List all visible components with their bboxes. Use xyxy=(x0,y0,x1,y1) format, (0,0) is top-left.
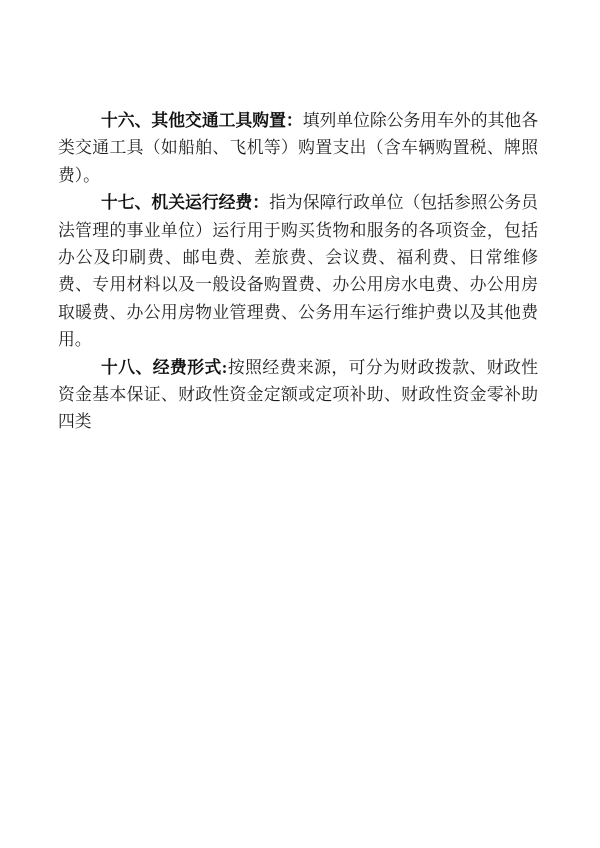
term-heading-18: 十八、经费形式: xyxy=(101,358,227,377)
document-page: 十六、其他交通工具购置：填列单位除公务用车外的其他各类交通工具（如船舶、飞机等）… xyxy=(58,107,538,436)
term-heading-17: 十七、机关运行经费： xyxy=(101,193,269,212)
definition-paragraph-17: 十七、机关运行经费：指为保障行政单位（包括参照公务员法管理的事业单位）运行用于购… xyxy=(58,189,538,353)
definition-paragraph-18: 十八、经费形式:按照经费来源，可分为财政拨款、财政性资金基本保证、财政性资金定额… xyxy=(58,354,538,436)
term-heading-16: 十六、其他交通工具购置： xyxy=(101,111,303,130)
definition-text-17: 指为保障行政单位（包括参照公务员法管理的事业单位）运行用于购买货物和服务的各项资… xyxy=(58,193,538,349)
definition-paragraph-16: 十六、其他交通工具购置：填列单位除公务用车外的其他各类交通工具（如船舶、飞机等）… xyxy=(58,107,538,189)
